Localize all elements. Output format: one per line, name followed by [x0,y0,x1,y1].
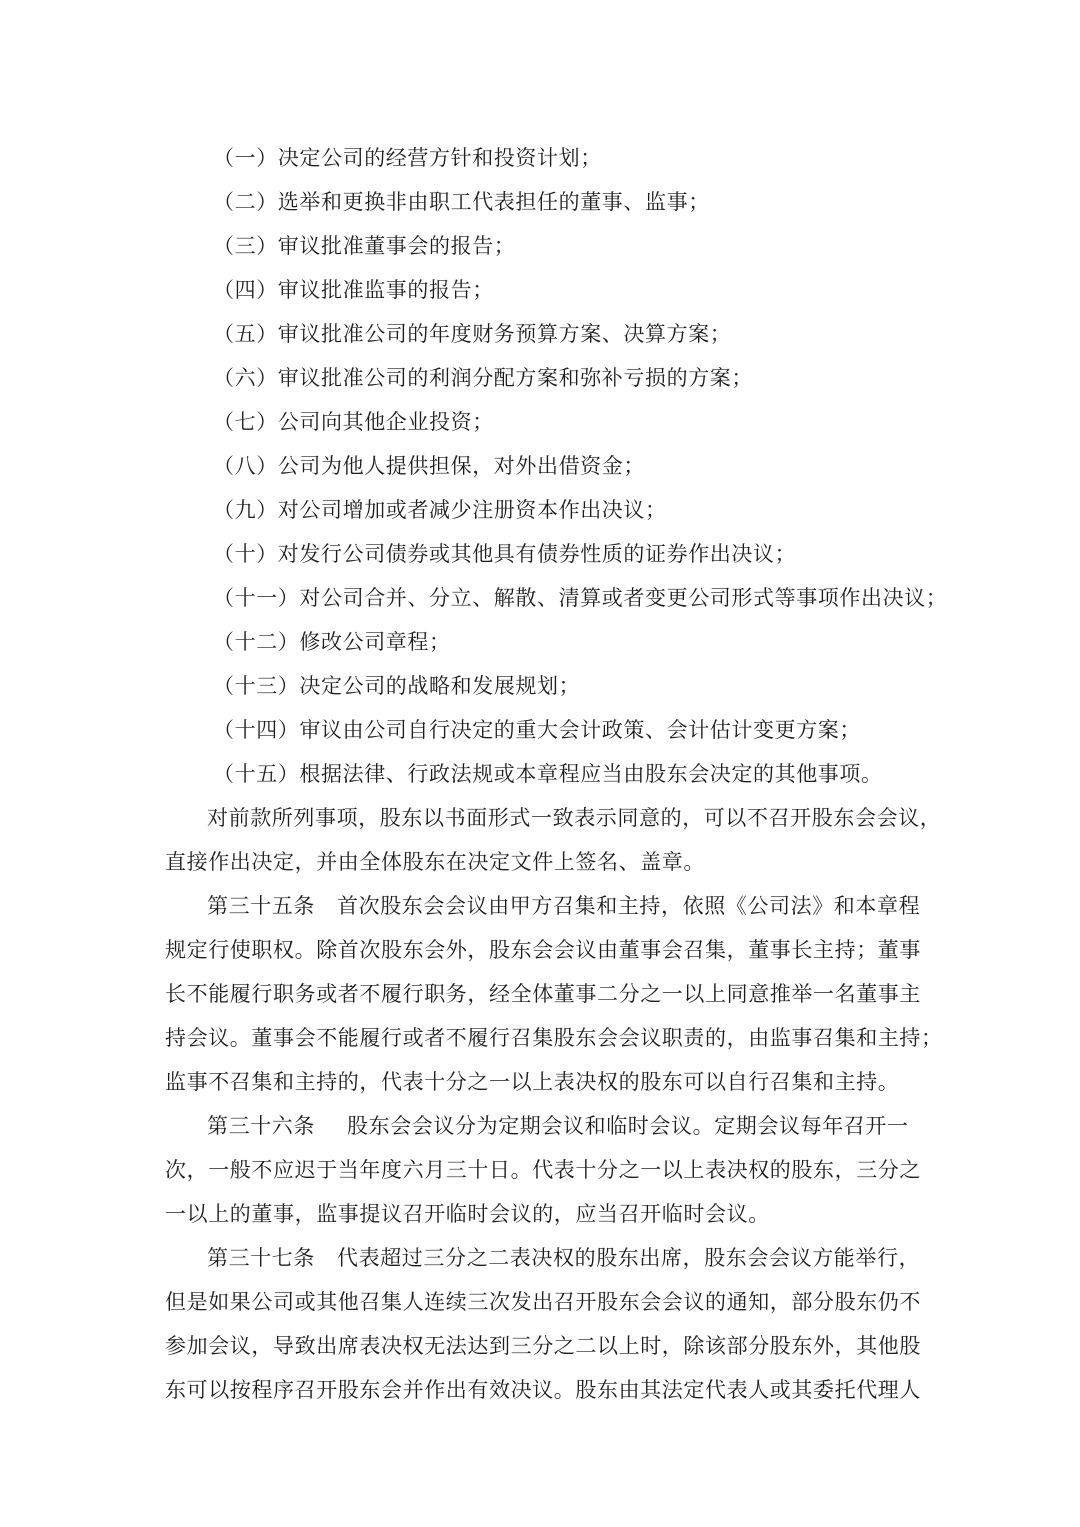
article-37-title: 第三十七条 [207,1246,315,1270]
list-item-5: （五）审议批准公司的年度财务预算方案、决算方案； [213,321,731,347]
article-37-line-4: 东可以按程序召开股东会并作出有效决议。股东由其法定代表人或其委托代理人 [165,1377,921,1403]
article-36-line-1: 股东会会议分为定期会议和临时会议。定期会议每年召开一 [347,1114,909,1138]
list-item-8: （八）公司为他人提供担保，对外出借资金； [213,453,645,479]
article-35-line-3: 长不能履行职务或者不履行职务，经全体董事二分之一以上同意推举一名董事主 [165,981,921,1007]
list-item-13: （十三）决定公司的战略和发展规划； [213,673,580,699]
paragraph-unanimous-line-2: 直接作出决定，并由全体股东在决定文件上签名、盖章。 [165,849,705,875]
list-item-2: （二）选举和更换非由职工代表担任的董事、监事； [213,189,710,215]
article-35-first-line: 第三十五条首次股东会会议由甲方召集和主持，依照《公司法》和本章程 [207,893,920,919]
list-item-12: （十二）修改公司章程； [213,629,451,655]
article-35-title: 第三十五条 [207,894,315,918]
article-35-line-1: 首次股东会会议由甲方召集和主持，依照《公司法》和本章程 [337,894,920,918]
article-35-line-2: 规定行使职权。除首次股东会外，股东会会议由董事会召集，董事长主持；董事 [165,937,921,963]
list-item-4: （四）审议批准监事的报告； [213,277,494,303]
document-page: （一）决定公司的经营方针和投资计划； （二）选举和更换非由职工代表担任的董事、监… [0,0,1080,1527]
paragraph-unanimous-line-1: 对前款所列事项，股东以书面形式一致表示同意的，可以不召开股东会会议， [207,805,941,831]
list-item-6: （六）审议批准公司的利润分配方案和弥补亏损的方案； [213,365,753,391]
article-36-line-3: 一以上的董事，监事提议召开临时会议的，应当召开临时会议。 [165,1201,770,1227]
list-item-9: （九）对公司增加或者减少注册资本作出决议； [213,497,667,523]
list-item-10: （十）对发行公司债券或其他具有债券性质的证券作出决议； [213,541,796,567]
article-37-first-line: 第三十七条代表超过三分之二表决权的股东出席，股东会会议方能举行， [207,1245,920,1271]
list-item-7: （七）公司向其他企业投资； [213,409,494,435]
article-37-line-2: 但是如果公司或其他召集人连续三次发出召开股东会会议的通知，部分股东仍不 [165,1289,921,1315]
article-37-line-1: 代表超过三分之二表决权的股东出席，股东会会议方能举行， [337,1246,920,1270]
article-35-line-4: 持会议。董事会不能履行或者不履行召集股东会会议职责的，由监事召集和主持； [165,1025,943,1051]
list-item-1: （一）决定公司的经营方针和投资计划； [213,145,602,171]
article-36-title: 第三十六条 [207,1114,315,1138]
list-item-3: （三）审议批准董事会的报告； [213,233,515,259]
article-37-line-3: 参加会议，导致出席表决权无法达到三分之二以上时，除该部分股东外，其他股 [165,1333,921,1359]
list-item-14: （十四）审议由公司自行决定的重大会计政策、会计估计变更方案； [213,717,861,743]
article-36-line-2: 次，一般不应迟于当年度六月三十日。代表十分之一以上表决权的股东，三分之 [165,1157,921,1183]
article-36-first-line: 第三十六条股东会会议分为定期会议和临时会议。定期会议每年召开一 [207,1113,909,1139]
list-item-11: （十一）对公司合并、分立、解散、清算或者变更公司形式等事项作出决议； [213,585,947,611]
list-item-15: （十五）根据法律、行政法规或本章程应当由股东会决定的其他事项。 [213,761,883,787]
article-35-line-5: 监事不召集和主持的，代表十分之一以上表决权的股东可以自行召集和主持。 [165,1069,899,1095]
